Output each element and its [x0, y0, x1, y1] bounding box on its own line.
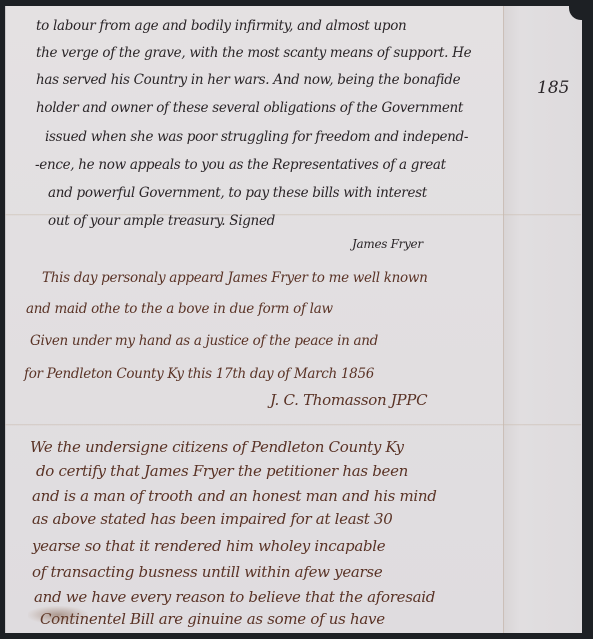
petitioner-signature: James Fryer [352, 237, 423, 251]
certification-line: and is a man of trooth and an honest man… [32, 487, 437, 505]
affidavit-line: and maid othe to the a bove in due form … [26, 301, 333, 317]
fold-line [5, 424, 581, 426]
affidavit-line: Given under my hand as a justice of the … [30, 333, 378, 349]
affidavit-line: for Pendleton County Ky this 17th day of… [24, 366, 374, 382]
certification-line: of transacting busness untill within afe… [32, 563, 382, 581]
petition-line: to labour from age and bodily infirmity,… [36, 18, 406, 34]
certification-line: and we have every reason to believe that… [34, 588, 435, 606]
document-scan: 185 to labour from age and bodily infirm… [0, 0, 593, 639]
affidavit-line: This day personaly appeard James Fryer t… [42, 270, 428, 286]
petition-line: has served his Country in her wars. And … [36, 72, 460, 88]
petition-line: issued when she was poor struggling for … [45, 129, 468, 145]
petition-line: out of your ample treasury. Signed [48, 213, 275, 229]
petition-line: -ence, he now appeals to you as the Repr… [35, 157, 446, 173]
certification-line: as above stated has been impaired for at… [32, 510, 392, 528]
folded-page-edge [503, 6, 582, 633]
petition-line: holder and owner of these several obliga… [36, 100, 463, 116]
justice-signature: J. C. Thomasson JPPC [270, 391, 427, 409]
certification-line: Continentel Bill are ginuine as some of … [40, 610, 385, 628]
certification-line: We the undersigne citizens of Pendleton … [30, 438, 404, 456]
certification-line: do certify that James Fryer the petition… [36, 462, 408, 480]
certification-line: yearse so that it rendered him wholey in… [32, 537, 385, 555]
folio-number: 185 [537, 78, 569, 98]
ink-blot [28, 606, 88, 624]
petition-line: the verge of the grave, with the most sc… [36, 45, 471, 61]
petition-line: and powerful Government, to pay these bi… [48, 185, 427, 201]
